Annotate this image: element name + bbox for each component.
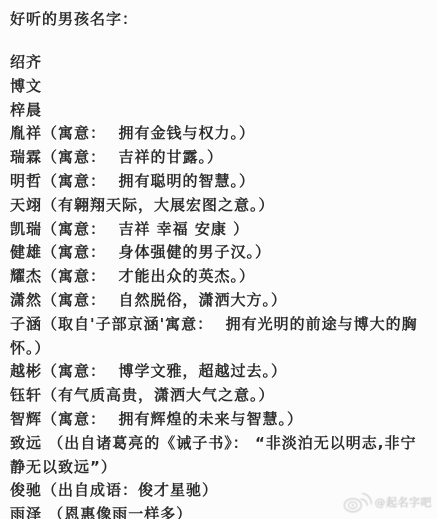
name-entry: 胤祥（寓意： 拥有金钱与权力。）: [10, 122, 422, 146]
name-entry: 梓晨: [10, 99, 422, 123]
name-entry: 潇然（寓意： 自然脱俗，潇洒大方。）: [10, 289, 422, 313]
watermark: @起名字吧: [342, 489, 433, 514]
name-entry: 子涵（取自'子部京涵'寓意： 拥有光明的前途与博大的胸怀。）: [10, 313, 422, 361]
names-list: 绍齐博文梓晨胤祥（寓意： 拥有金钱与权力。）瑞霖（寓意： 吉祥的甘露。）明哲（寓…: [10, 51, 422, 519]
watermark-handle: @起名字吧: [375, 494, 433, 510]
name-entry: 耀杰（寓意： 才能出众的英杰。）: [10, 265, 422, 289]
name-entry: 越彬（寓意： 博学文雅，超越过去。）: [10, 360, 422, 384]
name-entry: 智辉（寓意： 拥有辉煌的未来与智慧。）: [10, 408, 422, 432]
name-entry: 健雄（寓意： 身体强健的男子汉。）: [10, 241, 422, 265]
name-entry: 致远 （出自诸葛亮的《诫子书》： “非淡泊无以明志,非宁静无以致远”）: [10, 432, 422, 480]
image-page: 好听的男孩名字： 绍齐博文梓晨胤祥（寓意： 拥有金钱与权力。）瑞霖（寓意： 吉祥…: [0, 0, 437, 519]
weibo-icon: [342, 489, 372, 514]
name-entry: 绍齐: [10, 51, 422, 75]
name-entry: 钰轩（有气质高贵，潇洒大气之意。）: [10, 384, 422, 408]
name-entry: 凯瑞（寓意： 吉祥 幸福 安康 ）: [10, 218, 422, 242]
name-entry: 瑞霖（寓意： 吉祥的甘露。）: [10, 146, 422, 170]
name-entry: 博文: [10, 75, 422, 99]
name-list-document: 好听的男孩名字： 绍齐博文梓晨胤祥（寓意： 拥有金钱与权力。）瑞霖（寓意： 吉祥…: [0, 0, 437, 519]
name-entry: 明哲（寓意： 拥有聪明的智慧。）: [10, 170, 422, 194]
name-entry: 天翊（有翱翔天际，大展宏图之意。）: [10, 194, 422, 218]
page-title: 好听的男孩名字：: [10, 7, 425, 31]
